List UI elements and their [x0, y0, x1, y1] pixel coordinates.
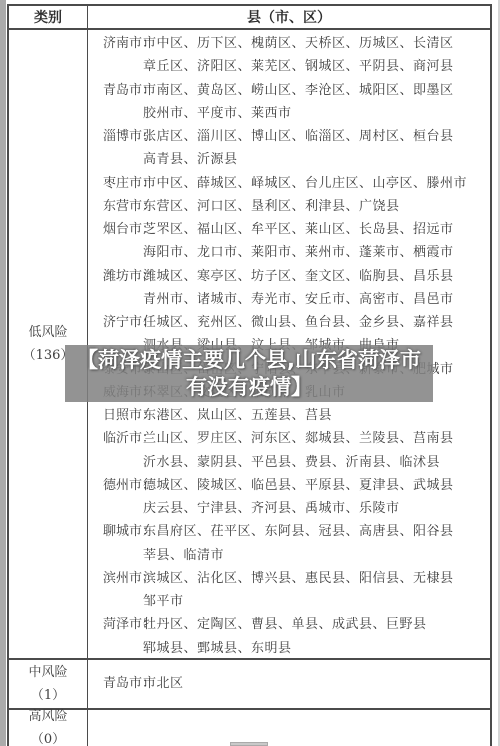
risk-label-text: 低风险: [28, 321, 67, 344]
district-line: 东营区、河口区、垦利区、利津县、广饶县: [143, 195, 484, 218]
header-region: 县（市、区）: [88, 6, 490, 28]
city-name: 德州市：: [103, 474, 155, 497]
city-entry: 烟台市：芝罘区、福山区、牟平区、莱山区、长岛县、招远市海阳市、龙口市、莱阳市、莱…: [103, 218, 484, 265]
city-entry: 滨州市：滨城区、沾化区、博兴县、惠民县、阳信县、无棣县邹平市: [103, 567, 484, 614]
district-line: 滨城区、沾化区、博兴县、惠民县、阳信县、无棣县: [143, 567, 484, 590]
city-entry: 潍坊市：潍城区、寒亭区、坊子区、奎文区、临朐县、昌乐县青州市、诸城市、寿光市、安…: [103, 265, 484, 312]
city-name: 烟台市：: [103, 218, 155, 241]
district-line: 兰山区、罗庄区、河东区、郯城县、兰陵县、莒南县: [143, 427, 484, 450]
district-line: 庆云县、宁津县、齐河县、禹城市、乐陵市: [143, 497, 484, 520]
city-name: 日照市：: [103, 404, 155, 427]
row-high-risk-regions: [88, 710, 490, 746]
district-line: 邹平市: [143, 590, 484, 613]
district-line: 胶州市、平度市、莱西市: [143, 102, 484, 125]
watermark-overlay: 【菏泽疫情主要几个县,山东省菏泽市 有没有疫情】: [65, 345, 433, 402]
city-entry: 枣庄市：市中区、薛城区、峄城区、台儿庄区、山亭区、滕州市: [103, 172, 484, 195]
row-medium-risk: 中风险（1）青岛市：市北区: [9, 660, 490, 710]
city-entry: 德州市：德城区、陵城区、临邑县、平原县、夏津县、武城县庆云县、宁津县、齐河县、禹…: [103, 474, 484, 521]
district-line: 德城区、陵城区、临邑县、平原县、夏津县、武城县: [143, 474, 484, 497]
city-entry: 淄博市：张店区、淄川区、博山区、临淄区、周村区、桓台县高青县、沂源县: [103, 125, 484, 172]
district-line: 潍城区、寒亭区、坊子区、奎文区、临朐县、昌乐县: [143, 265, 484, 288]
risk-label-text: 中风险: [28, 661, 67, 684]
district-line: 沂水县、蒙阴县、平邑县、费县、沂南县、临沭县: [143, 451, 484, 474]
row-high-risk: 高风险（0）: [9, 710, 490, 746]
watermark-line-2: 有没有疫情】: [186, 374, 312, 401]
row-low-risk-label: 低风险（136）: [9, 30, 88, 658]
district-line: 市南区、黄岛区、崂山区、李沧区、城阳区、即墨区: [143, 79, 484, 102]
district-line: 郓城县、鄄城县、东明县: [143, 637, 484, 660]
table-header-row: 类别 县（市、区）: [9, 6, 490, 30]
district-line: 张店区、淄川区、博山区、临淄区、周村区、桓台县: [143, 125, 484, 148]
city-entry: 青岛市：市北区: [103, 672, 484, 695]
city-name: 青岛市：: [103, 79, 155, 102]
city-name: 济宁市：: [103, 311, 155, 334]
city-name: 枣庄市：: [103, 172, 155, 195]
district-line: 章丘区、济阳区、莱芜区、钢城区、平阴县、商河县: [143, 55, 484, 78]
district-line: 牡丹区、定陶区、曹县、单县、成武县、巨野县: [143, 613, 484, 636]
city-name: 济南市：: [103, 32, 155, 55]
header-category: 类别: [9, 6, 88, 28]
district-line: 东港区、岚山区、五莲县、莒县: [143, 404, 484, 427]
city-entry: 青岛市：市南区、黄岛区、崂山区、李沧区、城阳区、即墨区胶州市、平度市、莱西市: [103, 79, 484, 126]
city-entry: 临沂市：兰山区、罗庄区、河东区、郯城县、兰陵县、莒南县沂水县、蒙阴县、平邑县、费…: [103, 427, 484, 474]
row-medium-risk-label: 中风险（1）: [9, 660, 88, 708]
district-line: 市中区、薛城区、峄城区、台儿庄区、山亭区、滕州市: [143, 172, 484, 195]
row-medium-risk-regions: 青岛市：市北区: [88, 660, 490, 708]
city-entry: 菏泽市：牡丹区、定陶区、曹县、单县、成武县、巨野县郓城县、鄄城县、东明县: [103, 613, 484, 660]
city-name: 潍坊市：: [103, 265, 155, 288]
district-line: 莘县、临清市: [143, 544, 484, 567]
district-line: 东昌府区、茌平区、东阿县、冠县、高唐县、阳谷县: [143, 520, 484, 543]
city-entry: 日照市：东港区、岚山区、五莲县、莒县: [103, 404, 484, 427]
watermark-line-1: 【菏泽疫情主要几个县,山东省菏泽市: [77, 347, 421, 374]
city-entry: 聊城市：东昌府区、茌平区、东阿县、冠县、高唐县、阳谷县莘县、临清市: [103, 520, 484, 567]
scrollbar-thumb[interactable]: [230, 742, 268, 746]
page-left-edge: [0, 0, 6, 746]
district-line: 市北区: [143, 672, 484, 695]
risk-count-text: （1）: [31, 684, 65, 707]
city-entry: 济南市：市中区、历下区、槐荫区、天桥区、历城区、长清区章丘区、济阳区、莱芜区、钢…: [103, 32, 484, 79]
risk-label-text: 高风险: [28, 705, 67, 728]
city-name: 青岛市：: [103, 672, 155, 695]
city-name: 滨州市：: [103, 567, 155, 590]
district-line: 青州市、诸城市、寿光市、安丘市、高密市、昌邑市: [143, 288, 484, 311]
district-line: 市中区、历下区、槐荫区、天桥区、历城区、长清区: [143, 32, 484, 55]
city-name: 淄博市：: [103, 125, 155, 148]
row-low-risk-regions: 济南市：市中区、历下区、槐荫区、天桥区、历城区、长清区章丘区、济阳区、莱芜区、钢…: [88, 30, 490, 658]
row-high-risk-label: 高风险（0）: [9, 710, 88, 746]
city-name: 菏泽市：: [103, 613, 155, 636]
city-entry: 东营市：东营区、河口区、垦利区、利津县、广饶县: [103, 195, 484, 218]
city-name: 临沂市：: [103, 427, 155, 450]
city-name: 东营市：: [103, 195, 155, 218]
district-line: 海阳市、龙口市、莱阳市、莱州市、蓬莱市、栖霞市: [143, 241, 484, 264]
district-line: 高青县、沂源县: [143, 148, 484, 171]
city-name: 聊城市：: [103, 520, 155, 543]
risk-count-text: （0）: [31, 728, 65, 746]
district-line: 任城区、兖州区、微山县、鱼台县、金乡县、嘉祥县: [143, 311, 484, 334]
district-line: 芝罘区、福山区、牟平区、莱山区、长岛县、招远市: [143, 218, 484, 241]
